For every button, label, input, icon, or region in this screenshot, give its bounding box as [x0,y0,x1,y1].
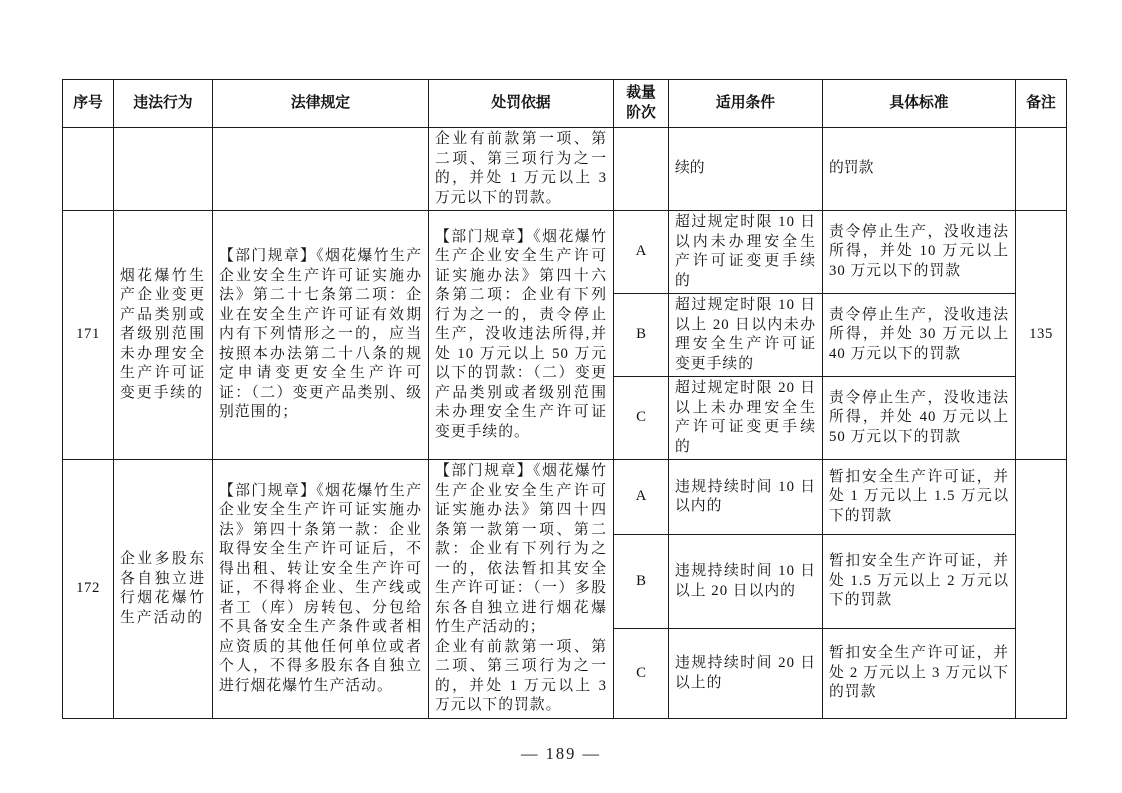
cell-violation: 企业多股东各自独立进行烟花爆竹生产活动的 [114,460,213,719]
cell-tier-empty [614,128,669,211]
cell-seq-empty [63,128,114,211]
cell-tier-level: B [614,294,669,377]
cell-legal-provision: 【部门规章】《烟花爆竹生产企业安全生产许可证实施办法》第四十条第一款：企业取得安… [213,460,429,719]
cell-condition: 违规持续时间 10 日以上 20 日以内的 [669,535,823,629]
cell-standard: 责令停止生产，没收违法所得，并处 30 万元以上 40 万元以下的罚款 [823,294,1016,377]
cell-standard: 责令停止生产，没收违法所得，并处 10 万元以上 30 万元以下的罚款 [823,211,1016,294]
col-header-condition: 适用条件 [669,80,823,128]
cell-standard: 暂扣安全生产许可证，并处 1.5 万元以上 2 万元以下的罚款 [823,535,1016,629]
col-header-violation: 违法行为 [114,80,213,128]
continuation-row: 企业有前款第一项、第二项、第三项行为之一的，并处 1 万元以上 3 万元以下的罚… [63,128,1067,211]
col-header-seq: 序号 [63,80,114,128]
cell-condition: 违规持续时间 20 日以上的 [669,629,823,719]
cell-seq: 172 [63,460,114,719]
col-header-legal: 法律规定 [213,80,429,128]
cell-standard: 暂扣安全生产许可证，并处 1 万元以上 1.5 万元以下的罚款 [823,460,1016,535]
header-row: 序号 违法行为 法律规定 处罚依据 裁量阶次 适用条件 具体标准 备注 [63,80,1067,128]
cell-legal-provision: 【部门规章】《烟花爆竹生产企业安全生产许可证实施办法》第二十七条第二项：企业在安… [213,211,429,460]
cell-condition: 续的 [669,128,823,211]
penalty-standards-table: 序号 违法行为 法律规定 处罚依据 裁量阶次 适用条件 具体标准 备注 企业有前… [62,79,1067,719]
col-header-tier: 裁量阶次 [614,80,669,128]
cell-condition: 超过规定时限 20 日以上未办理安全生产许可证变更手续的 [669,377,823,460]
cell-penalty-basis: 企业有前款第一项、第二项、第三项行为之一的，并处 1 万元以上 3 万元以下的罚… [429,128,614,211]
cell-remark: 135 [1016,211,1067,460]
cell-condition: 超过规定时限 10 日以上 20 日以内未办理安全生产许可证变更手续的 [669,294,823,377]
cell-penalty-basis: 【部门规章】《烟花爆竹生产企业安全生产许可证实施办法》第四十六条第二项：企业有下… [429,211,614,460]
cell-standard: 暂扣安全生产许可证，并处 2 万元以上 3 万元以下的罚款 [823,629,1016,719]
col-header-penalty: 处罚依据 [429,80,614,128]
col-header-remark: 备注 [1016,80,1067,128]
cell-tier-level: C [614,377,669,460]
page-number: — 189 — [0,744,1122,764]
cell-condition: 超过规定时限 10 日以内未办理安全生产许可证变更手续的 [669,211,823,294]
table-row-172-a: 172 企业多股东各自独立进行烟花爆竹生产活动的 【部门规章】《烟花爆竹生产企业… [63,460,1067,535]
cell-violation: 烟花爆竹生产企业变更产品类别或者级别范围未办理安全生产许可证变更手续的 [114,211,213,460]
cell-tier-level: B [614,535,669,629]
cell-remark [1016,460,1067,719]
cell-tier-level: C [614,629,669,719]
document-page: 序号 违法行为 法律规定 处罚依据 裁量阶次 适用条件 具体标准 备注 企业有前… [0,0,1122,793]
cell-tier-level: A [614,211,669,294]
cell-condition: 违规持续时间 10 日以内的 [669,460,823,535]
col-header-standard: 具体标准 [823,80,1016,128]
cell-standard: 的罚款 [823,128,1016,211]
cell-tier-level: A [614,460,669,535]
cell-violation-empty [114,128,213,211]
table-row-171-a: 171 烟花爆竹生产企业变更产品类别或者级别范围未办理安全生产许可证变更手续的 … [63,211,1067,294]
cell-seq: 171 [63,211,114,460]
cell-legal-empty [213,128,429,211]
cell-standard: 责令停止生产，没收违法所得，并处 40 万元以上 50 万元以下的罚款 [823,377,1016,460]
cell-penalty-basis: 【部门规章】《烟花爆竹生产企业安全生产许可证实施办法》第四十四条第一款第一项、第… [429,460,614,719]
cell-remark-empty [1016,128,1067,211]
